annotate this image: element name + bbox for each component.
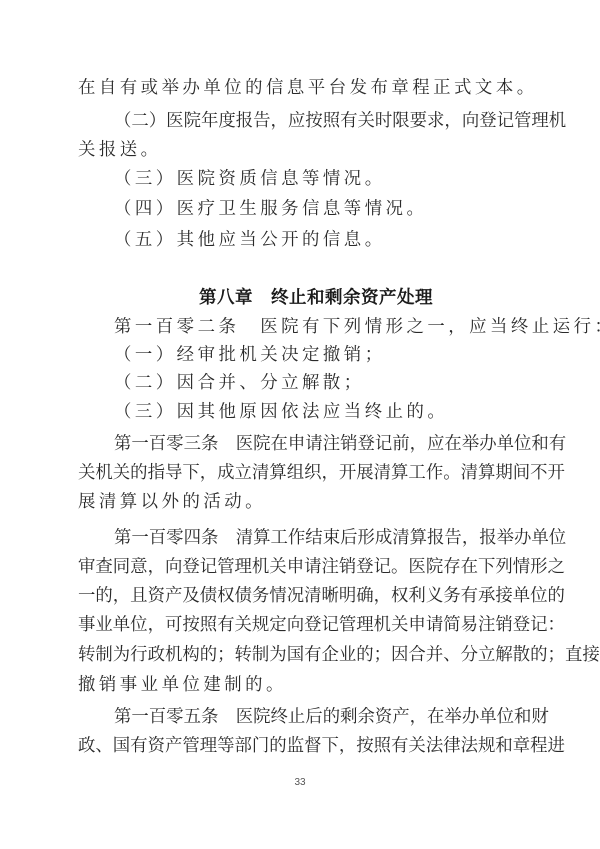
list-item: （一）经审批机关决定撤销； xyxy=(114,343,522,367)
article-104-text: 第一百零四条 清算工作结束后形成清算报告，报举办单位 xyxy=(114,526,522,550)
text-line: 关机关的指导下，成立清算组织，开展清算工作。清算期间不开 xyxy=(78,461,522,485)
text-line: 一的，且资产及债权债务情况清晰明确，权利义务有承接单位的 xyxy=(78,584,522,608)
page-number: 33 xyxy=(0,776,600,790)
list-item: （三）医院资质信息等情况。 xyxy=(114,167,522,191)
text-line: 关报送。 xyxy=(78,138,522,162)
text-line: 展清算以外的活动。 xyxy=(78,490,522,514)
document-page: 在自有或举办单位的信息平台发布章程正式文本。 （二）医院年度报告，应按照有关时限… xyxy=(0,0,600,849)
text-line: 审查同意，向登记管理机关申请注销登记。医院存在下列情形之 xyxy=(78,555,522,579)
article-102-title: 第一百零二条 医院有下列情形之一，应当终止运行： xyxy=(114,315,522,339)
text-line: 撤销事业单位建制的。 xyxy=(78,673,522,697)
list-item: （四）医疗卫生服务信息等情况。 xyxy=(114,197,522,221)
text-line: 在自有或举办单位的信息平台发布章程正式文本。 xyxy=(78,76,522,100)
text-line: 事业单位，可按照有关规定向登记管理机关申请简易注销登记： xyxy=(78,613,522,637)
text-line: 转制为行政机构的；转制为国有企业的；因合并、分立解散的；直接 xyxy=(78,643,522,667)
text-line: （二）医院年度报告，应按照有关时限要求，向登记管理机 xyxy=(114,109,522,133)
chapter-heading: 第八章 终止和剩余资产处理 xyxy=(0,286,600,310)
article-105-text: 第一百零五条 医院终止后的剩余资产，在举办单位和财 xyxy=(114,705,522,729)
list-item: （三）因其他原因依法应当终止的。 xyxy=(114,400,522,424)
list-item: （五）其他应当公开的信息。 xyxy=(114,228,522,252)
article-103-text: 第一百零三条 医院在申请注销登记前，应在举办单位和有 xyxy=(114,432,522,456)
text-line: 政、国有资产管理等部门的监督下，按照有关法律法规和章程进 xyxy=(78,734,522,758)
list-item: （二）因合并、分立解散； xyxy=(114,371,522,395)
